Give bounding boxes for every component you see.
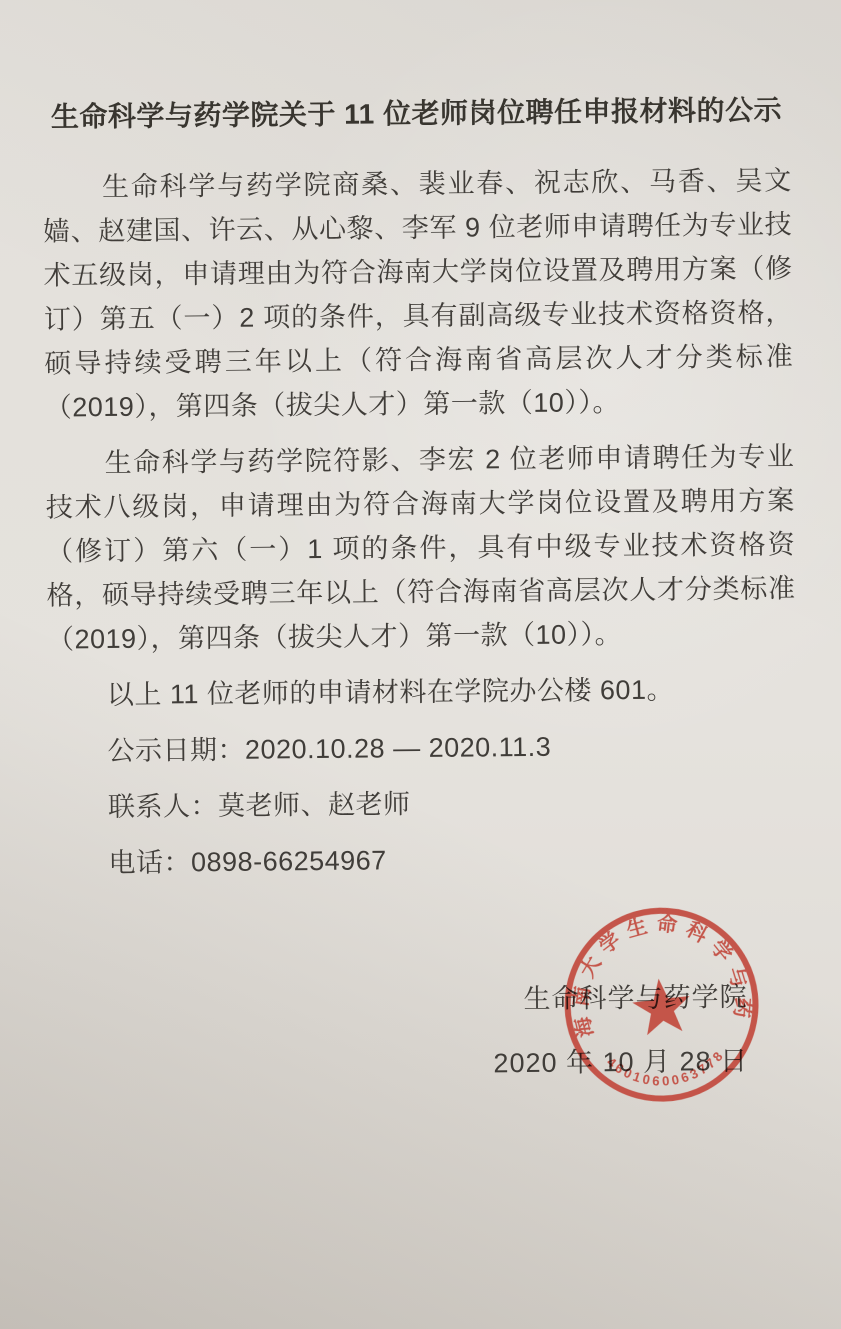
signature-department: 生命科学与药学院 bbox=[50, 975, 747, 1026]
document-page: 生命科学与药学院关于 11 位老师岗位聘任申报材料的公示 生命科学与药学院商桑、… bbox=[0, 0, 841, 1329]
paragraph-materials-location: 以上 11 位老师的申请材料在学院办公楼 601。 bbox=[47, 666, 796, 717]
phone-line: 电话：0898-66254967 bbox=[49, 834, 798, 885]
paragraph-grade8-application: 生命科学与药学院符影、李宏 2 位老师申请聘任为专业技术八级岗，申请理由为符合海… bbox=[45, 434, 796, 661]
contact-person-line: 联系人：莫老师、赵老师 bbox=[48, 778, 797, 829]
publicity-date-line: 公示日期：2020.10.28 — 2020.11.3 bbox=[48, 722, 797, 773]
document-title: 生命科学与药学院关于 11 位老师岗位聘任申报材料的公示 bbox=[42, 88, 791, 135]
signature-block: 生命科学与药学院 2020 年 10 月 28 日 bbox=[50, 974, 800, 1089]
signature-date: 2020 年 10 月 28 日 bbox=[51, 1039, 748, 1090]
paragraph-grade5-application: 生命科学与药学院商桑、裴业春、祝志欣、马香、吴文嫱、赵建国、许云、从心黎、李军 … bbox=[42, 158, 793, 429]
